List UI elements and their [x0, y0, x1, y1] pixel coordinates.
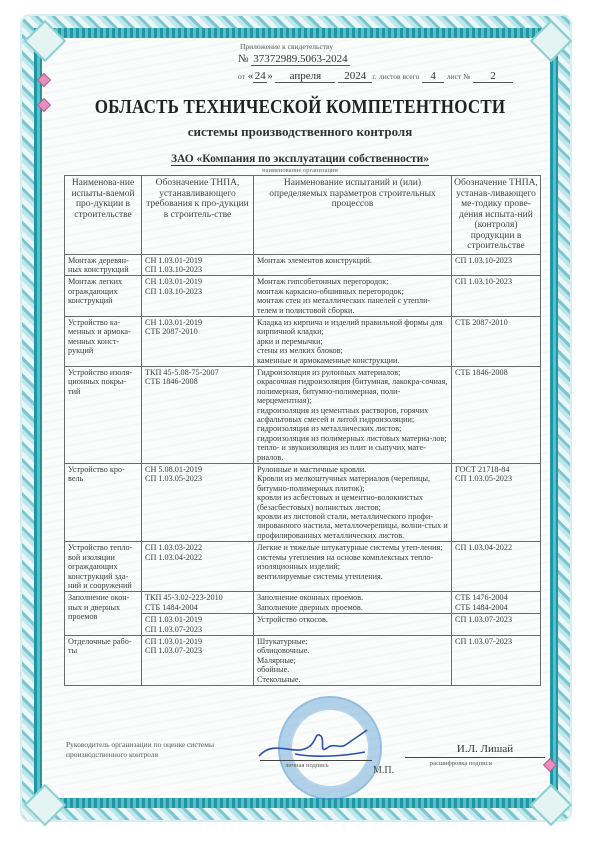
product-cell: Монтаж деревян-ных конструкций — [65, 254, 142, 276]
methods-cell: СП 1.03.07-2023 — [452, 614, 541, 636]
sheets-total-label: листов всего — [379, 72, 419, 81]
requirements-cell-item: СН 1.03.01-2019 — [145, 277, 250, 286]
tests-cell-item: тепло- и звукоизоляция из плит и сыпучих… — [257, 443, 448, 462]
tests-cell-item: гидроизоляция из полимерных листовых мат… — [257, 434, 448, 443]
requirements-cell-item: СП 1.03.01-2019 — [145, 615, 250, 624]
tests-cell-item: вентилируемые системы утепления. — [257, 572, 448, 581]
signature-icon — [255, 728, 375, 764]
table-row: Заполнение окон-ных и дверных проемовТКП… — [65, 592, 541, 614]
product-cell-item: Устройство кро-вель — [68, 465, 138, 484]
requirements-cell-item: СН 5.08.01-2019 — [145, 465, 250, 474]
requirements-cell: СП 1.03.01-2019СП 1.03.07-2023 — [142, 614, 254, 636]
tests-cell: Штукатурные;облицовочные.Малярные;обойны… — [254, 635, 452, 685]
methods-cell-item: ГОСТ 21718-84 — [455, 465, 537, 474]
requirements-cell: СН 1.03.01-2019СП 1.03.10-2023 — [142, 254, 254, 276]
year-suffix: г. — [372, 72, 376, 81]
tests-cell-item: Штукатурные; — [257, 637, 448, 646]
number-prefix: № — [238, 53, 249, 65]
methods-cell: ГОСТ 21718-84СП 1.03.05-2023 — [452, 464, 541, 542]
methods-cell-item: СТБ 1484-2004 — [455, 603, 537, 612]
methods-cell: СТБ 2087-2010 — [452, 316, 541, 366]
tests-cell-item: Малярные; — [257, 656, 448, 665]
requirements-cell: СП 1.03.03-2022СП 1.03.04-2022 — [142, 542, 254, 592]
product-cell: Устройство ка-менных и армока-менных кон… — [65, 316, 142, 366]
requirements-cell-item: СП 1.03.04-2022 — [145, 553, 250, 562]
product-cell-item: Монтаж легких ограждающих конструкций — [68, 277, 138, 305]
table-body: Монтаж деревян-ных конструкцийСН 1.03.01… — [65, 254, 541, 685]
methods-cell: СТБ 1476-2004СТБ 1484-2004 — [452, 592, 541, 614]
methods-cell-item: СП 1.03.05-2023 — [455, 474, 537, 483]
tests-cell: Монтаж элементов конструкций. — [254, 254, 452, 276]
sheet-number: 2 — [473, 70, 513, 83]
name-line — [405, 757, 545, 758]
tests-cell-item: арки и перемычки; — [257, 337, 448, 346]
methods-cell-item: СТБ 2087-2010 — [455, 318, 537, 327]
product-cell: Устройство изоля-ционных покры-тий — [65, 366, 142, 463]
signature-line — [260, 760, 372, 761]
header-tests: Наименование испытаний и (или) определяе… — [254, 176, 452, 255]
requirements-cell-item: СТБ 2087-2010 — [145, 327, 250, 336]
tests-cell-item: системы утепления на основе комплексных … — [257, 553, 448, 572]
requirements-cell-item: СП 1.03.05-2023 — [145, 474, 250, 483]
tests-cell-item: Устройство откосов. — [257, 615, 448, 624]
requirements-cell-item: СН 1.03.01-2019 — [145, 318, 250, 327]
document-title: ОБЛАСТЬ ТЕХНИЧЕСКОЙ КОМПЕТЕНТНОСТИ — [60, 96, 540, 119]
stamp-place-label: М.П. — [373, 765, 394, 776]
date-month: апреля — [275, 70, 335, 83]
tests-cell-item: каменные и армокаменные конструкции. — [257, 356, 448, 365]
document-subtitle: системы производственного контроля — [60, 124, 540, 140]
requirements-cell: СН 1.03.01-2019СТБ 2087-2010 — [142, 316, 254, 366]
table-row: Устройство ка-менных и армока-менных кон… — [65, 316, 541, 366]
tests-cell: Устройство откосов. — [254, 614, 452, 636]
date-day: 24 — [253, 70, 267, 83]
tests-cell-item: кровли из листовой стали, металлического… — [257, 512, 448, 540]
header-requirements: Обозначение ТНПА, устанавливающего требо… — [142, 176, 254, 255]
requirements-cell-item: СТБ 1846-2008 — [145, 377, 250, 386]
signer-name: И.Л. Лишай — [440, 743, 530, 755]
requirements-cell-item: СП 1.03.07-2023 — [145, 625, 250, 634]
product-cell-item: Отделочные рабо-ты — [68, 637, 138, 656]
tests-cell: Кладка из кирпича и изделий правильной ф… — [254, 316, 452, 366]
name-caption: расшифровка подписи — [430, 760, 492, 767]
tests-cell-item: Заполнение оконных проемов. — [257, 593, 448, 602]
methods-cell-item: СП 1.03.07-2023 — [455, 637, 537, 646]
tests-cell-item: монтаж стен из металлических панелей с у… — [257, 296, 448, 315]
tests-cell-item: Монтаж гипсобетонных перегородок; — [257, 277, 448, 286]
requirements-cell-item: ТКП 45-3.02-223-2010 — [145, 593, 250, 602]
requirements-cell-item: СН 1.03.01-2019 — [145, 256, 250, 265]
tests-cell-item: монтаж каркасно-обшивных перегородок; — [257, 287, 448, 296]
table-row: Устройство кро-вельСН 5.08.01-2019СП 1.0… — [65, 464, 541, 542]
methods-cell: СП 1.03.04-2022 — [452, 542, 541, 592]
product-cell-item: Устройство изоля-ционных покры-тий — [68, 368, 138, 396]
signer-role: Руководитель организации по оценке систе… — [66, 740, 216, 760]
tests-cell-item: облицовочные. — [257, 646, 448, 655]
organization-name-text: ЗАО «Компания по эксплуатации собственно… — [171, 153, 429, 166]
product-cell: Отделочные рабо-ты — [65, 635, 142, 685]
tests-cell-item: Рулонные и мастичные кровли. — [257, 465, 448, 474]
product-cell: Устройство тепло-вой изоляции ограждающи… — [65, 542, 142, 592]
table-row: Отделочные рабо-тыСП 1.03.01-2019СП 1.03… — [65, 635, 541, 685]
tests-cell-item: Кровли из мелкоштучных материалов (череп… — [257, 474, 448, 493]
requirements-cell-item: СТБ 1484-2004 — [145, 603, 250, 612]
methods-cell-item: СТБ 1476-2004 — [455, 593, 537, 602]
date-line: от «24» апреля 2024г. листов всего 4 лис… — [238, 70, 513, 83]
tests-cell-item: кровли из асбестовых и цементно-волокнис… — [257, 493, 448, 512]
date-prefix: от — [238, 72, 245, 81]
table-header-row: Наименова-ние испыты-ваемой про-дукции в… — [65, 176, 541, 255]
requirements-cell-item: СП 1.03.10-2023 — [145, 287, 250, 296]
methods-cell-item: СТБ 1846-2008 — [455, 368, 537, 377]
product-cell: Устройство кро-вель — [65, 464, 142, 542]
tests-cell: Гидроизоляция из рулонных материалов;окр… — [254, 366, 452, 463]
tests-cell-item: Заполнение дверных проемов. — [257, 603, 448, 612]
product-cell: Монтаж легких ограждающих конструкций — [65, 276, 142, 317]
methods-cell-item: СП 1.03.04-2022 — [455, 543, 537, 552]
sheet-number-label: лист № — [447, 72, 470, 81]
tests-cell: Легкие и тяжелые штукатурные системы уте… — [254, 542, 452, 592]
certificate-number: № 37372989.5063-2024 — [238, 53, 350, 65]
tests-cell: Рулонные и мастичные кровли.Кровли из ме… — [254, 464, 452, 542]
organization-name: ЗАО «Компания по эксплуатации собственно… — [60, 153, 540, 165]
tests-cell-item: Стекольные. — [257, 675, 448, 684]
table-row: Устройство тепло-вой изоляции ограждающи… — [65, 542, 541, 592]
requirements-cell-item: СП 1.03.01-2019 — [145, 637, 250, 646]
methods-cell: СП 1.03.10-2023 — [452, 276, 541, 317]
certificate-number-value: 37372989.5063-2024 — [251, 53, 349, 66]
table-row: Устройство изоля-ционных покры-тийТКП 45… — [65, 366, 541, 463]
tests-cell-item: Монтаж элементов конструкций. — [257, 256, 448, 265]
requirements-cell: ТКП 45-3.02-223-2010СТБ 1484-2004 — [142, 592, 254, 614]
competence-table: Наименова-ние испыты-ваемой про-дукции в… — [64, 175, 541, 686]
tests-cell-item: Гидроизоляция из рулонных материалов; — [257, 368, 448, 377]
methods-cell-item: СП 1.03.10-2023 — [455, 277, 537, 286]
requirements-cell: ТКП 45-5.08-75-2007СТБ 1846-2008 — [142, 366, 254, 463]
tests-cell: Заполнение оконных проемов.Заполнение дв… — [254, 592, 452, 614]
requirements-cell: СН 5.08.01-2019СП 1.03.05-2023 — [142, 464, 254, 542]
requirements-cell-item: СП 1.03.03-2022 — [145, 543, 250, 552]
tests-cell-item: гидроизоляция из металлических листов; — [257, 424, 448, 433]
requirements-cell: СП 1.03.01-2019СП 1.03.07-2023 — [142, 635, 254, 685]
table-row: Монтаж деревян-ных конструкцийСН 1.03.01… — [65, 254, 541, 276]
requirements-cell: СН 1.03.01-2019СП 1.03.10-2023 — [142, 276, 254, 317]
signature-caption: личная подпись — [285, 762, 329, 769]
annex-label: Приложение к свидетельству — [240, 42, 333, 51]
methods-cell: СП 1.03.10-2023 — [452, 254, 541, 276]
product-cell: Заполнение окон-ных и дверных проемов — [65, 592, 142, 636]
methods-cell: СП 1.03.07-2023 — [452, 635, 541, 685]
header-methods: Обозначение ТНПА, устанав-ливающего ме-т… — [452, 176, 541, 255]
tests-cell-item: стены из мелких блоков; — [257, 346, 448, 355]
tests-cell-item: обойные. — [257, 665, 448, 674]
product-cell-item: Заполнение окон-ных и дверных проемов — [68, 593, 138, 621]
requirements-cell-item: СП 1.03.07-2023 — [145, 646, 250, 655]
organization-caption: наименование организации — [60, 167, 540, 174]
header-product: Наименова-ние испыты-ваемой про-дукции в… — [65, 176, 142, 255]
tests-cell-item: гидроизоляция из цементных растворов, го… — [257, 406, 448, 425]
product-cell-item: Монтаж деревян-ных конструкций — [68, 256, 138, 275]
table-row: Монтаж легких ограждающих конструкцийСН … — [65, 276, 541, 317]
tests-cell-item: Кладка из кирпича и изделий правильной ф… — [257, 318, 448, 337]
product-cell-item: Устройство ка-менных и армока-менных кон… — [68, 318, 138, 356]
methods-cell-item: СП 1.03.07-2023 — [455, 615, 537, 624]
requirements-cell-item: ТКП 45-5.08-75-2007 — [145, 368, 250, 377]
product-cell-item: Устройство тепло-вой изоляции ограждающи… — [68, 543, 138, 590]
date-year: 2024 — [338, 70, 372, 83]
sheets-total: 4 — [422, 70, 444, 83]
methods-cell: СТБ 1846-2008 — [452, 366, 541, 463]
methods-cell-item: СП 1.03.10-2023 — [455, 256, 537, 265]
tests-cell-item: Легкие и тяжелые штукатурные системы уте… — [257, 543, 448, 552]
tests-cell: Монтаж гипсобетонных перегородок;монтаж … — [254, 276, 452, 317]
requirements-cell-item: СП 1.03.10-2023 — [145, 265, 250, 274]
tests-cell-item: окрасочная гидроизоляция (битумная, лако… — [257, 377, 448, 405]
